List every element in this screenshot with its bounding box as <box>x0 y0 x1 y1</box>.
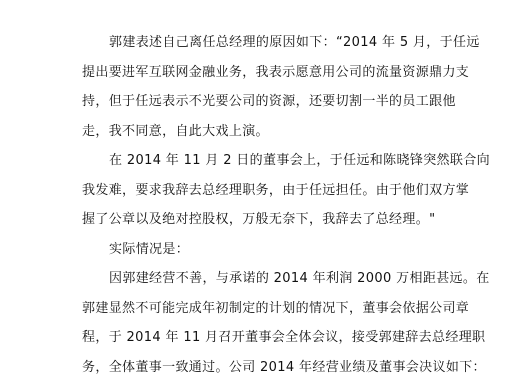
paragraph-actual-situation: 因郭建经营不善，与承诺的 2014 年利润 2000 万相距甚远。在 郭建显然不… <box>55 264 447 381</box>
text-line: 走，我不同意，自此大戏上演。 <box>55 117 447 147</box>
text-line: 郭建显然不可能完成年初制定的计划的情况下，董事会依据公司章 <box>55 294 447 324</box>
text-line: 提出要进军互联网金融业务，我表示愿意用公司的流量资源鼎力支 <box>55 58 447 88</box>
text-line: 持，但于任远表示不光要公司的资源，还要切割一半的员工跟他 <box>55 87 447 117</box>
paragraph-guo-jian-statement: 郭建表述自己离任总经理的原因如下：“2014 年 5 月，于任远 提出要进军互联… <box>55 28 447 146</box>
document-page: 郭建表述自己离任总经理的原因如下：“2014 年 5 月，于任远 提出要进军互联… <box>0 0 506 381</box>
text-line: 郭建表述自己离任总经理的原因如下：“2014 年 5 月，于任远 <box>55 28 447 58</box>
text-line: 在 2014 年 11 月 2 日的董事会上，于任远和陈晓锋突然联合向 <box>55 146 447 176</box>
text-line: 握了公章以及绝对控股权，万般无奈下，我辞去了总经理。" <box>55 205 447 235</box>
text-line: 程，于 2014 年 11 月召开董事会全体会议，接受郭建辞去总经理职 <box>55 323 447 353</box>
text-line: 因郭建经营不善，与承诺的 2014 年利润 2000 万相距甚远。在 <box>55 264 447 294</box>
paragraph-board-meeting: 在 2014 年 11 月 2 日的董事会上，于任远和陈晓锋突然联合向 我发难，… <box>55 146 447 235</box>
text-line: 我发难，要求我辞去总经理职务，由于任远担任。由于他们双方掌 <box>55 176 447 206</box>
paragraph-actual-situation-heading: 实际情况是： <box>55 235 447 265</box>
text-line: 实际情况是： <box>55 235 447 265</box>
text-line: 务，全体董事一致通过。公司 2014 年经营业绩及董事会决议如下： <box>55 353 447 381</box>
document-body: 郭建表述自己离任总经理的原因如下：“2014 年 5 月，于任远 提出要进军互联… <box>55 28 447 381</box>
